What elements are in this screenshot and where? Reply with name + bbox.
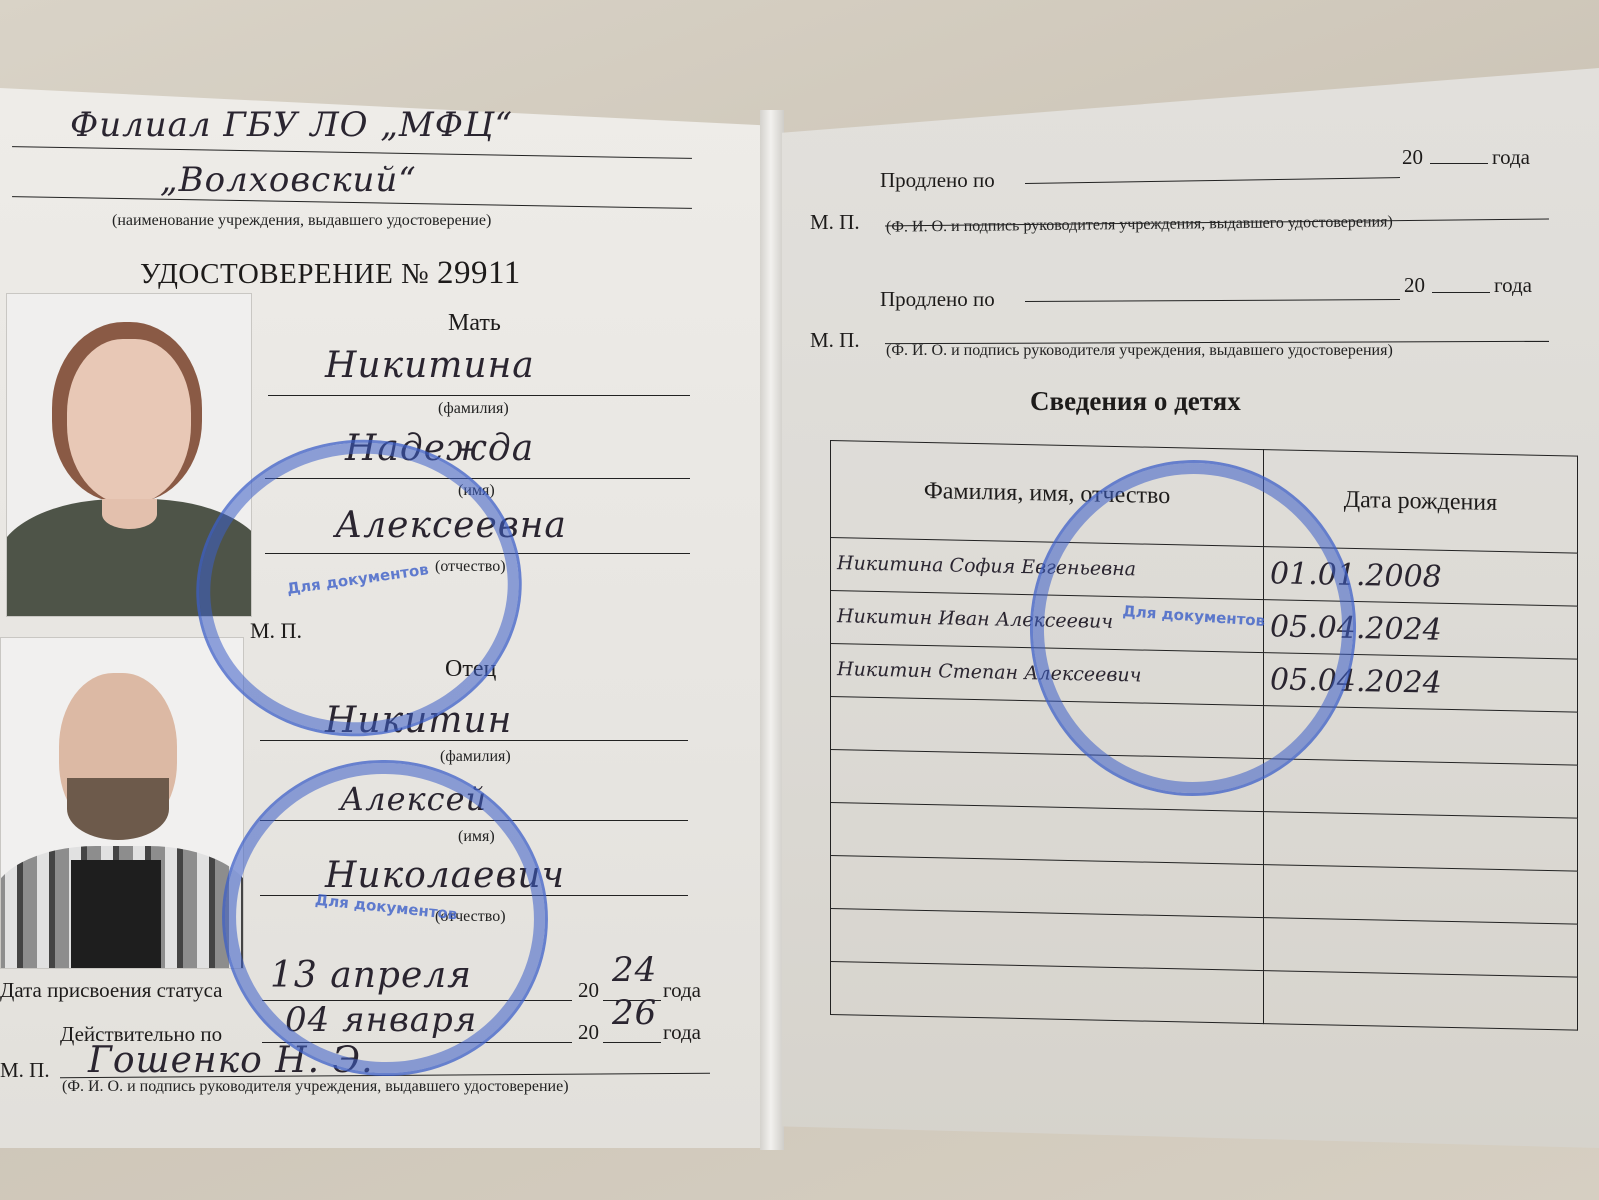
extension-1-year-prefix: 20 <box>1402 145 1423 170</box>
mother-surname: Никитина <box>325 345 535 386</box>
certificate-title: УДОСТОВЕРЕНИЕ № 29911 <box>140 255 521 292</box>
status-year-prefix: 20 <box>578 978 599 1003</box>
child-full-name <box>831 856 1264 918</box>
booklet-spine <box>760 110 784 1150</box>
child-birth-date <box>1264 918 1578 978</box>
extension-1-label: Продлено по <box>880 168 995 193</box>
extension-2-label: Продлено по <box>880 287 995 312</box>
mother-surname-caption: (фамилия) <box>438 400 509 418</box>
mother-heading: Мать <box>448 310 501 337</box>
valid-year-suffix: года <box>663 1020 701 1045</box>
child-full-name <box>831 909 1264 971</box>
child-full-name <box>831 962 1264 1024</box>
certificate-number: 29911 <box>437 255 521 291</box>
child-birth-date <box>1264 865 1578 925</box>
signature-place-label: М. П. <box>0 1058 50 1083</box>
extension-1-year-line <box>1430 163 1488 164</box>
stamp-center-text: Для документов <box>198 548 517 609</box>
children-section-title: Сведения о детях <box>1030 386 1241 417</box>
extension-2-caption: (Ф. И. О. и подпись руководителя учрежде… <box>886 342 1393 360</box>
institution-handwritten-line2: „Волховский“ <box>160 160 417 200</box>
status-date-label: Дата присвоения статуса <box>0 978 222 1003</box>
valid-year-value: 26 <box>612 993 657 1033</box>
extension-2-year-suffix: года <box>1494 273 1532 298</box>
institution-handwritten-line1: Филиал ГБУ ЛО „МФЦ“ <box>70 105 513 145</box>
status-year-value: 24 <box>612 950 657 990</box>
stamp-center-text: Для документов <box>1034 597 1354 636</box>
child-full-name <box>831 803 1264 865</box>
mother-surname-line <box>268 395 690 396</box>
father-photo <box>0 637 244 969</box>
child-birth-date <box>1264 759 1578 819</box>
father-surname-line <box>260 740 688 741</box>
stamp-center-text: Для документов <box>226 883 546 933</box>
institution-caption: (наименование учреждения, выдавшего удос… <box>112 212 491 230</box>
extension-2-year-prefix: 20 <box>1404 273 1425 298</box>
extension-1-stamp-label: М. П. <box>810 210 860 235</box>
extension-2-stamp-label: М. П. <box>810 328 860 353</box>
valid-year-prefix: 20 <box>578 1020 599 1045</box>
signature-caption: (Ф. И. О. и подпись руководителя учрежде… <box>62 1078 569 1096</box>
valid-year-line <box>603 1042 661 1043</box>
child-birth-date <box>1264 812 1578 872</box>
father-surname-caption: (фамилия) <box>440 748 511 766</box>
extension-2-year-line <box>1432 292 1490 293</box>
status-year-suffix: года <box>663 978 701 1003</box>
certificate-title-text: УДОСТОВЕРЕНИЕ № <box>140 258 429 290</box>
extension-1-year-suffix: года <box>1492 145 1530 170</box>
child-birth-date <box>1264 971 1578 1031</box>
